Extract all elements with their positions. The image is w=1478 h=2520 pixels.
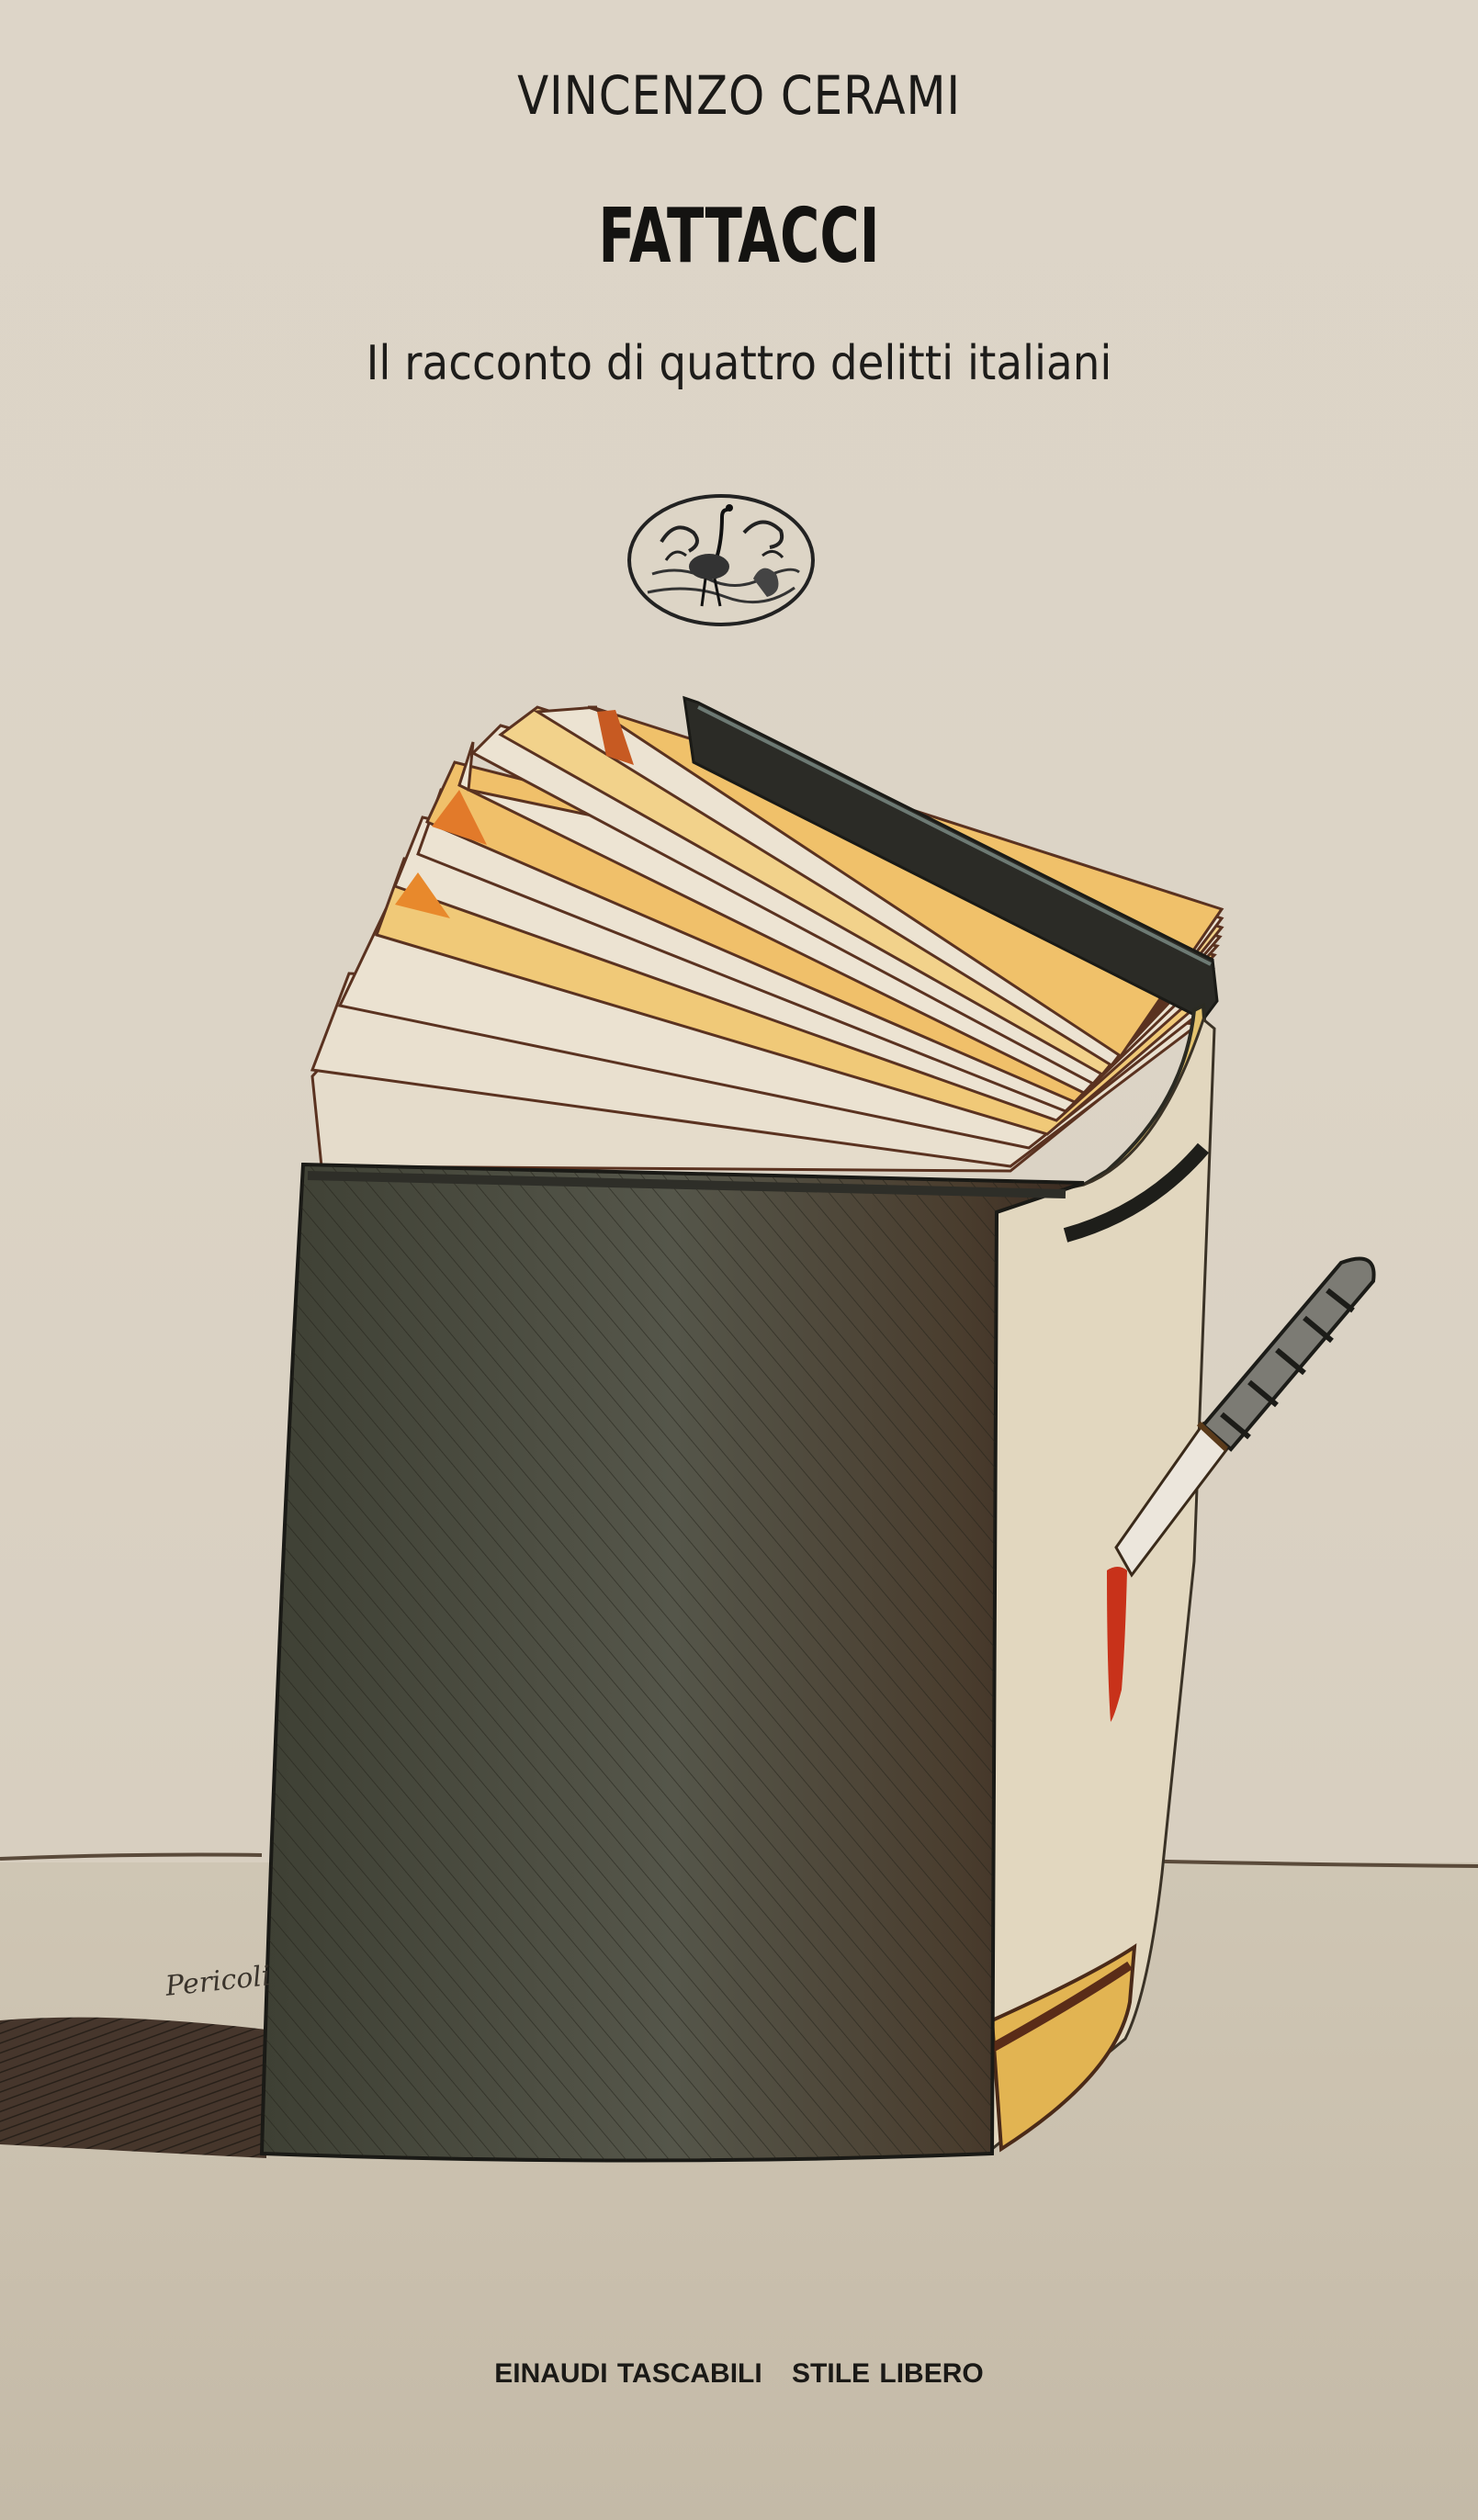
author-name: VINCENZO CERAMI [104, 64, 1375, 127]
publisher-imprint: EINAUDI TASCABILI STILE LIBERO [0, 2358, 1478, 2390]
series-name: EINAUDI TASCABILI [494, 2358, 762, 2389]
book-illustration [0, 680, 1478, 2186]
book-subtitle: Il racconto di quattro delitti italiani [73, 336, 1404, 391]
ostrich-emblem-icon [625, 491, 818, 629]
book-title: FATTACCI [207, 193, 1270, 280]
book-cover: VINCENZO CERAMI FATTACCI Il racconto di … [0, 0, 1478, 2520]
collection-name: STILE LIBERO [792, 2358, 984, 2389]
